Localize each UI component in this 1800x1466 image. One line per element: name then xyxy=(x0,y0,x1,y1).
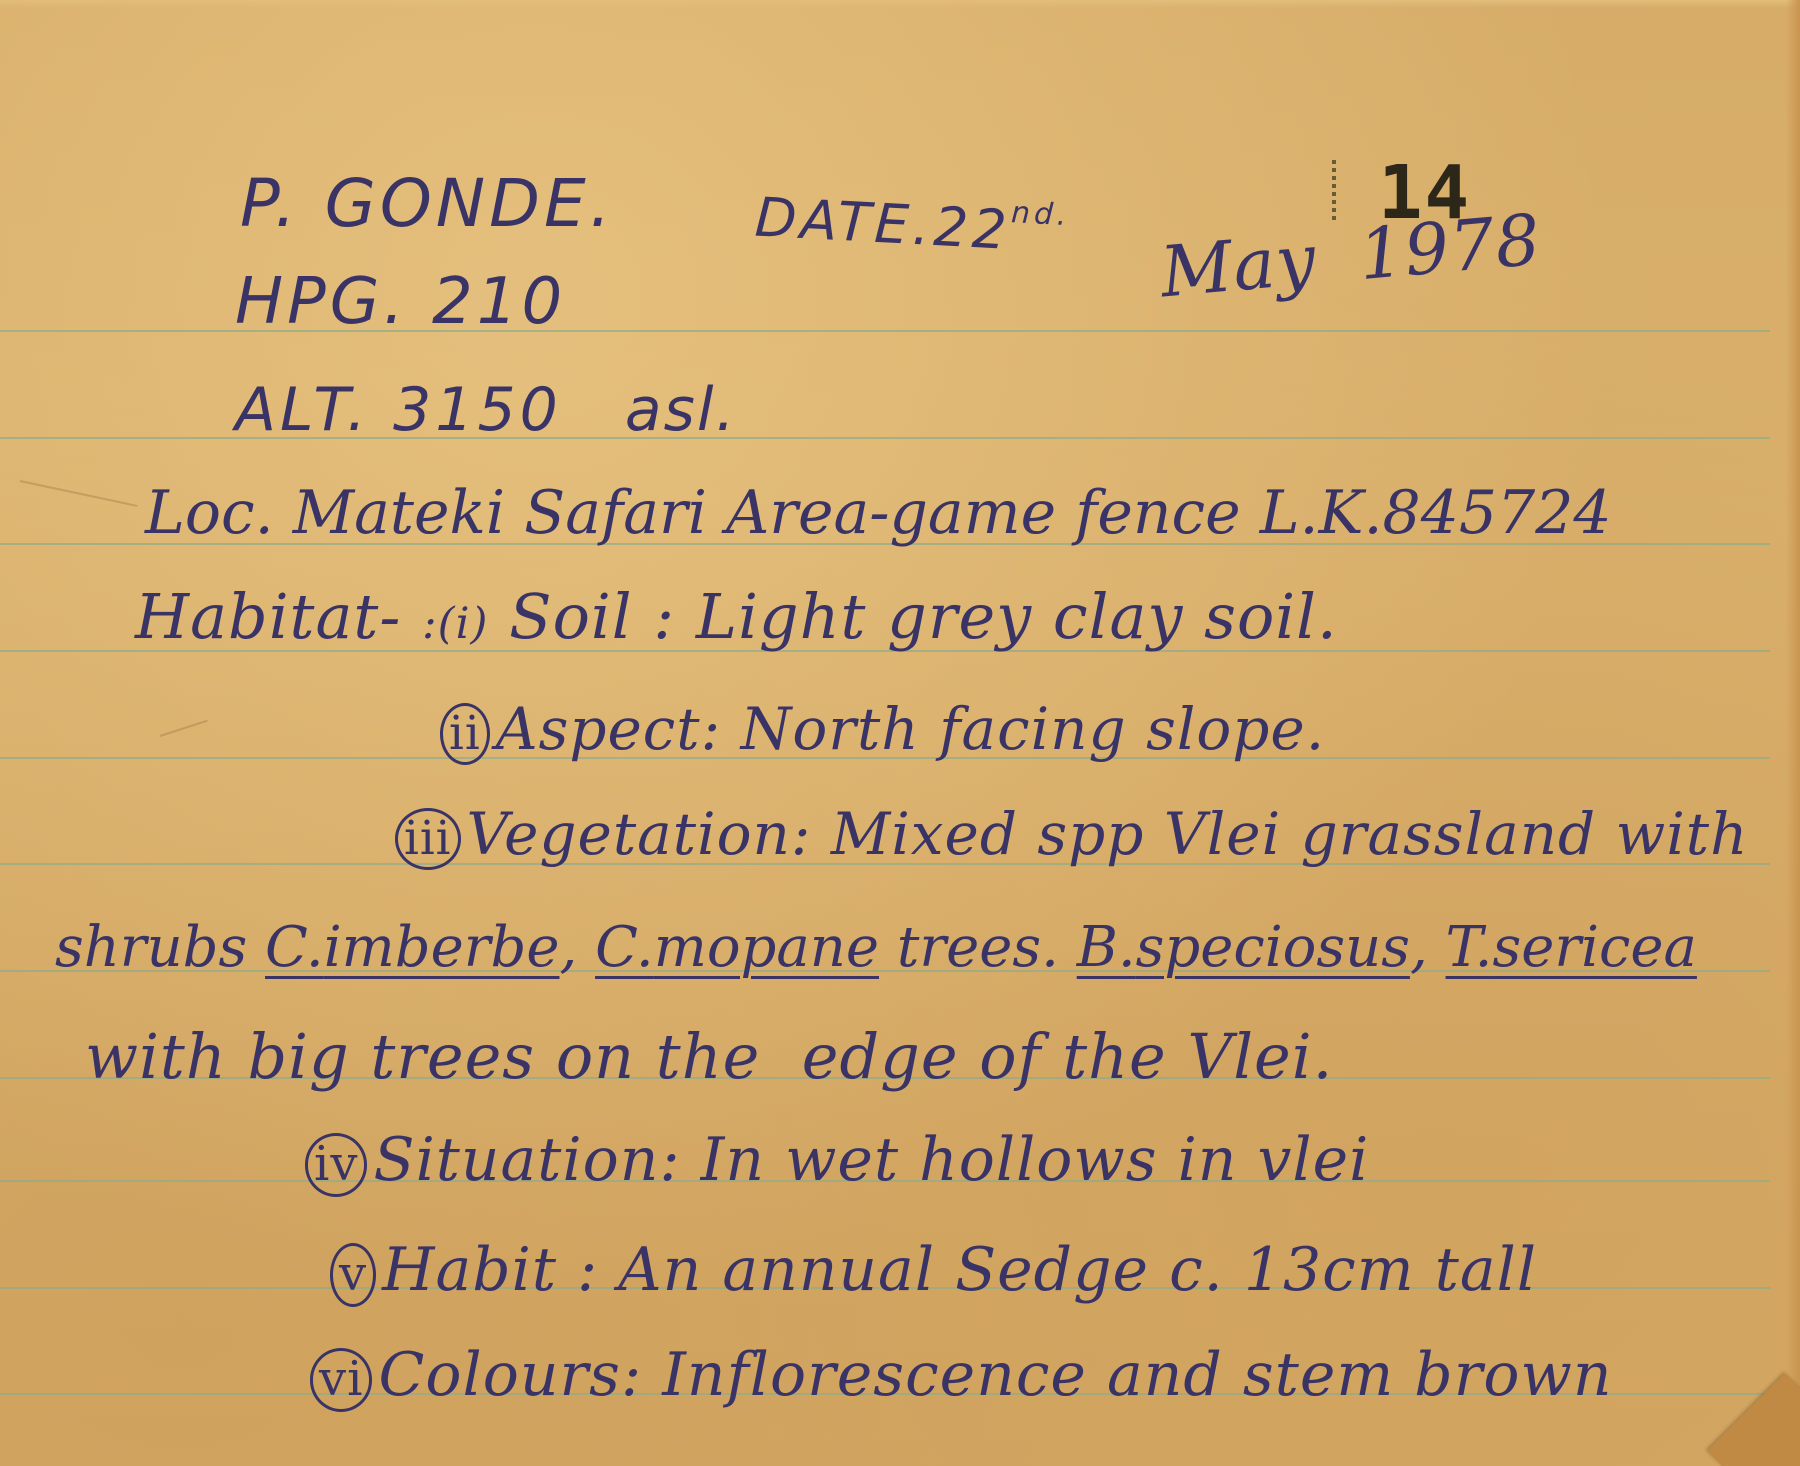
item-key: Situation xyxy=(373,1125,659,1195)
species-genus: B. xyxy=(1077,915,1136,980)
habitat-soil-line: Habitat- :(i) Soil : Light grey clay soi… xyxy=(135,580,1338,653)
collector-name: P. GONDE. xyxy=(240,165,615,242)
item-value: Light grey clay soil. xyxy=(696,580,1338,653)
habitat-vegetation-line: iiiVegetation: Mixed spp Vlei grassland … xyxy=(395,800,1748,870)
species-prefix: shrubs xyxy=(55,915,247,980)
habitat-habit-line: vHabit : An annual Sedge c. 13cm tall xyxy=(330,1235,1537,1307)
date-month: May xyxy=(1157,218,1320,313)
species-genus: C. xyxy=(595,915,654,980)
item-value: In wet hollows in vlei xyxy=(701,1125,1370,1195)
card-right-edge xyxy=(1786,0,1800,1466)
paper-crease xyxy=(160,720,208,737)
item-number-circled: ii xyxy=(440,703,490,765)
item-key: Colours xyxy=(378,1340,620,1410)
habitat-colours-line: viColours: Inflorescence and stem brown xyxy=(310,1340,1613,1412)
date: DATE.22nd. xyxy=(753,182,1071,265)
species-mid: trees. xyxy=(897,915,1059,980)
species-genus: T. xyxy=(1446,915,1493,980)
species-genus: C. xyxy=(265,915,324,980)
stamp-tick-marks xyxy=(1332,160,1336,220)
vegetation-continued-line: with big trees on the edge of the Vlei. xyxy=(85,1020,1333,1093)
item-key: Aspect xyxy=(496,695,701,763)
item-number-circled: vi xyxy=(310,1348,372,1412)
altitude-value: 3150 xyxy=(393,375,562,445)
date-day-suffix: nd. xyxy=(1010,195,1071,233)
item-value: Mixed spp Vlei grassland with xyxy=(831,800,1749,868)
item-number: i xyxy=(456,599,471,649)
habitat-aspect-line: iiAspect: North facing slope. xyxy=(440,695,1325,765)
species-epithet: imberbe xyxy=(324,915,560,980)
date-month-year: May 1978 xyxy=(1157,199,1544,314)
locality-line: Loc. Mateki Safari Area-game fence L.K.8… xyxy=(145,478,1612,548)
item-key: Vegetation xyxy=(467,800,791,868)
habitat-situation-line: ivSituation: In wet hollows in vlei xyxy=(305,1125,1369,1197)
paper-crease xyxy=(20,480,138,507)
item-number-circled: iii xyxy=(395,808,461,870)
item-value: An annual Sedge c. 13cm tall xyxy=(618,1235,1537,1305)
item-value: Inflorescence and stem brown xyxy=(662,1340,1612,1410)
altitude-unit: ASL. xyxy=(625,375,737,445)
item-number-circled: iv xyxy=(305,1133,367,1197)
species-epithet: speciosus xyxy=(1136,915,1410,980)
item-key: Habit xyxy=(382,1235,557,1305)
item-key: Soil xyxy=(509,580,632,653)
altitude-label: ALT. xyxy=(235,375,370,445)
date-day: 22 xyxy=(932,195,1012,262)
species-epithet: mopane xyxy=(654,915,879,980)
collection-card: 14 P. GONDE. HPG. 210 ALT. 3150 ASL. DAT… xyxy=(0,0,1800,1466)
habitat-label: Habitat- xyxy=(135,580,401,653)
vegetation-species-line: shrubs C.imberbe, C.mopane trees. B.spec… xyxy=(55,915,1697,980)
item-value: North facing slope. xyxy=(741,695,1326,763)
date-label: DATE. xyxy=(753,186,935,258)
item-number-circled: v xyxy=(330,1243,376,1307)
altitude: ALT. 3150 ASL. xyxy=(235,375,737,445)
date-year: 1978 xyxy=(1356,199,1545,297)
collector-number: HPG. 210 xyxy=(235,265,566,339)
card-top-edge xyxy=(0,0,1800,8)
species-epithet: sericea xyxy=(1492,915,1696,980)
